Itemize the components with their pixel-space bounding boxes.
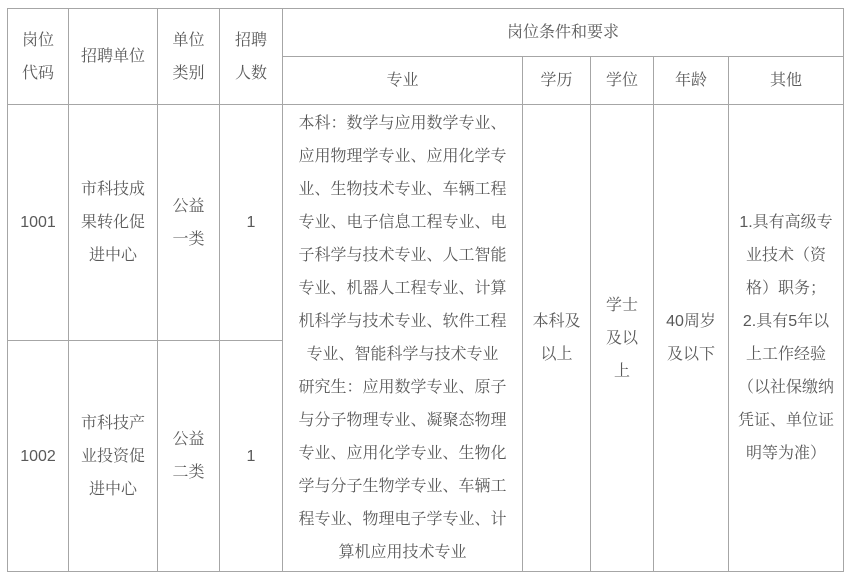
header-other: 其他 <box>729 57 844 105</box>
cell-unit-category-1001: 公益一类 <box>158 105 220 341</box>
job-positions-table: 岗位代码 招聘单位 单位类别 招聘人数 岗位条件和要求 专业 学历 学位 年龄 … <box>7 8 844 572</box>
cell-recruit-count-1001: 1 <box>220 105 283 341</box>
header-education: 学历 <box>523 57 591 105</box>
other-requirement-2: 2.具有5年以上工作经验（以社保缴纳凭证、单位证明等为准） <box>737 305 835 470</box>
cell-education-shared: 本科及以上 <box>523 105 591 572</box>
header-degree: 学位 <box>591 57 654 105</box>
table-row-1001: 1001 市科技成果转化促进中心 公益一类 1 本科：数学与应用数学专业、应用物… <box>8 105 844 341</box>
cell-position-code-1002: 1002 <box>8 341 69 572</box>
header-row-main: 岗位代码 招聘单位 单位类别 招聘人数 岗位条件和要求 <box>8 9 844 57</box>
cell-major-shared: 本科：数学与应用数学专业、应用物理学专业、应用化学专业、生物技术专业、车辆工程专… <box>283 105 523 572</box>
header-recruiting-unit: 招聘单位 <box>69 9 158 105</box>
major-undergraduate-text: 本科：数学与应用数学专业、应用物理学专业、应用化学专业、生物技术专业、车辆工程专… <box>291 107 514 371</box>
cell-position-code-1001: 1001 <box>8 105 69 341</box>
recruitment-table-page: 岗位代码 招聘单位 单位类别 招聘人数 岗位条件和要求 专业 学历 学位 年龄 … <box>0 0 848 572</box>
header-recruit-count: 招聘人数 <box>220 9 283 105</box>
cell-unit-category-1002: 公益二类 <box>158 341 220 572</box>
cell-other-shared: 1.具有高级专业技术（资格）职务； 2.具有5年以上工作经验（以社保缴纳凭证、单… <box>729 105 844 572</box>
header-major: 专业 <box>283 57 523 105</box>
cell-recruiting-unit-1002: 市科技产业投资促进中心 <box>69 341 158 572</box>
cell-age-shared: 40周岁及以下 <box>654 105 729 572</box>
major-graduate-text: 研究生：应用数学专业、原子与分子物理专业、凝聚态物理专业、应用化学专业、生物化学… <box>291 371 514 569</box>
cell-recruiting-unit-1001: 市科技成果转化促进中心 <box>69 105 158 341</box>
cell-recruit-count-1002: 1 <box>220 341 283 572</box>
header-age: 年龄 <box>654 57 729 105</box>
header-conditions: 岗位条件和要求 <box>283 9 844 57</box>
other-requirement-1: 1.具有高级专业技术（资格）职务； <box>737 206 835 305</box>
cell-degree-shared: 学士及以上 <box>591 105 654 572</box>
header-unit-category: 单位类别 <box>158 9 220 105</box>
header-position-code: 岗位代码 <box>8 9 69 105</box>
